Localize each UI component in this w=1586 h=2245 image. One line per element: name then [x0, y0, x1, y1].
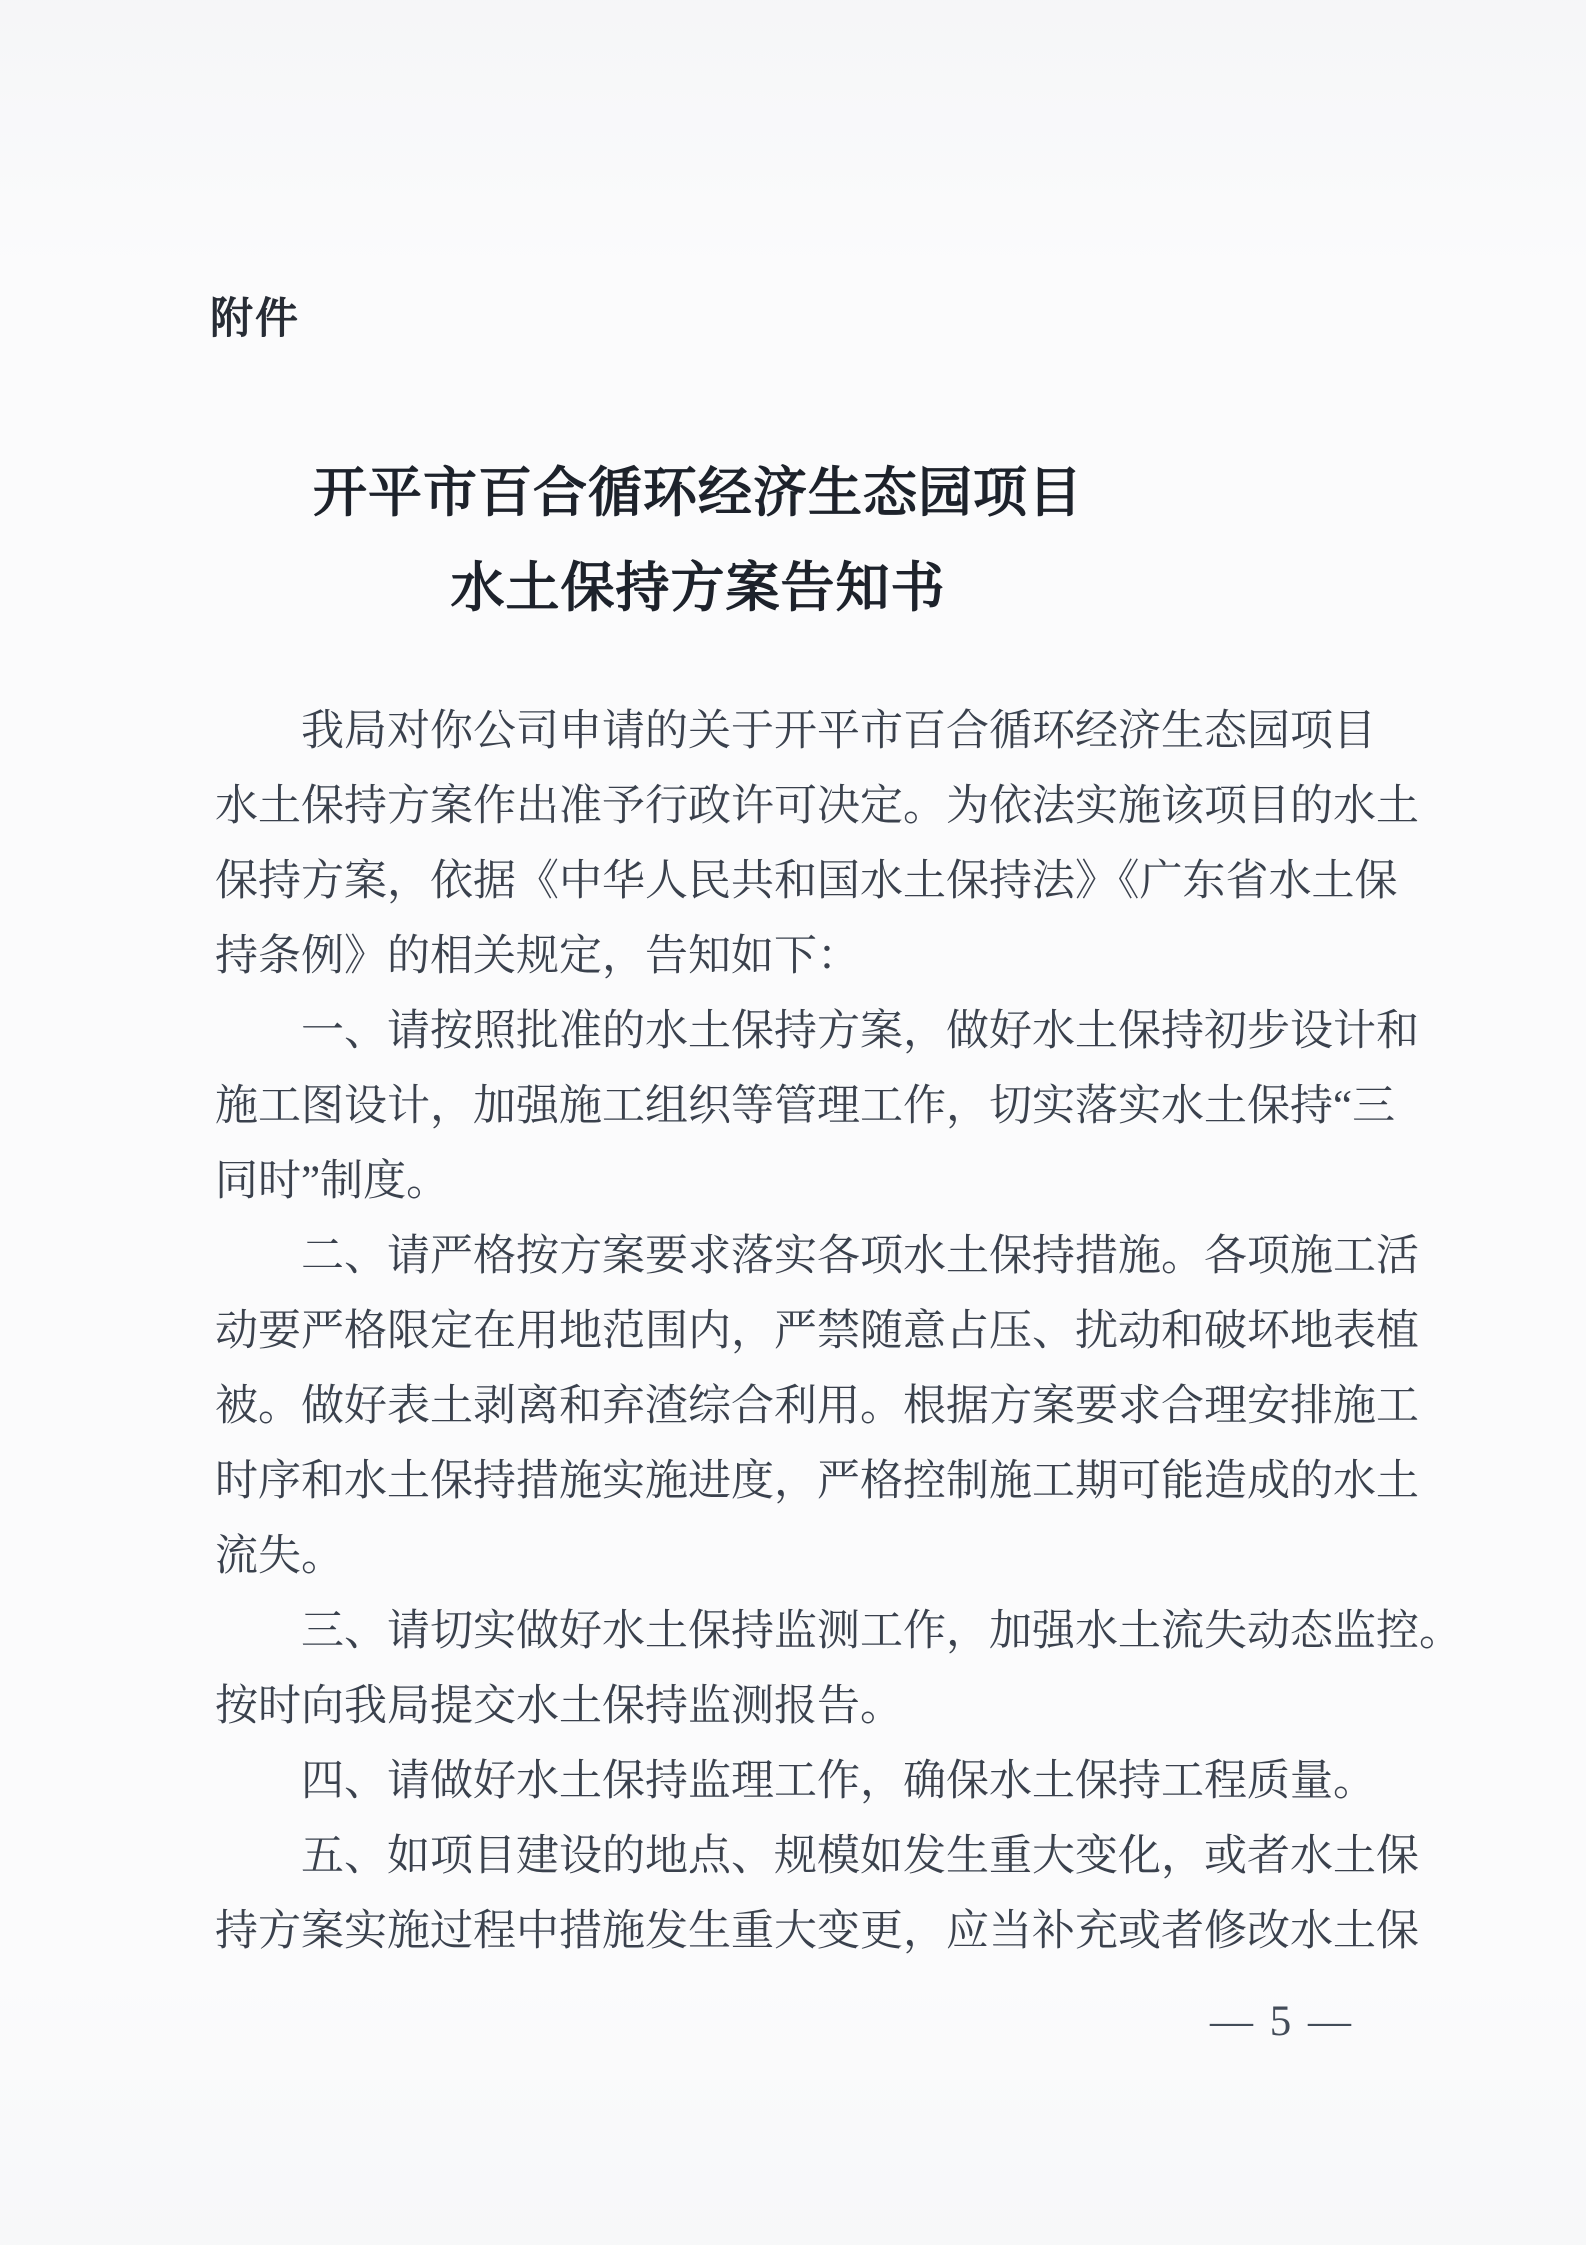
scanned-document-page: 附件 开平市百合循环经济生态园项目 水土保持方案告知书 我局对你公司申请的关于开… [0, 0, 1586, 2245]
body-line: 我局对你公司申请的关于开平市百合循环经济生态园项目 [215, 694, 1430, 769]
body-line: 按时向我局提交水土保持监测报告。 [215, 1669, 1430, 1744]
body-line: 动要严格限定在用地范围内，严禁随意占压、扰动和破坏地表植 [215, 1294, 1430, 1369]
body-line: 施工图设计，加强施工组织等管理工作，切实落实水土保持“三 [215, 1069, 1430, 1144]
document-title-line-1: 开平市百合循环经济生态园项目 [0, 446, 1396, 541]
attachment-label: 附件 [210, 293, 300, 345]
body-line: 四、请做好水土保持监理工作，确保水土保持工程质量。 [215, 1744, 1430, 1819]
body-line: 持方案实施过程中措施发生重大变更，应当补充或者修改水土保 [215, 1894, 1430, 1969]
body-line: 二、请严格按方案要求落实各项水土保持措施。各项施工活 [215, 1219, 1430, 1294]
body-line: 一、请按照批准的水土保持方案，做好水土保持初步设计和 [215, 994, 1430, 1069]
body-line: 五、如项目建设的地点、规模如发生重大变化，或者水土保 [215, 1819, 1430, 1894]
body-line: 被。做好表土剥离和弃渣综合利用。根据方案要求合理安排施工 [215, 1369, 1430, 1444]
document-title-line-2: 水土保持方案告知书 [0, 541, 1396, 636]
document-body: 我局对你公司申请的关于开平市百合循环经济生态园项目水土保持方案作出准予行政许可决… [215, 694, 1430, 1969]
body-line: 同时”制度。 [215, 1144, 1430, 1219]
body-line: 时序和水土保持措施实施进度，严格控制施工期可能造成的水土 [215, 1444, 1430, 1519]
page-number: — 5 — [1210, 1996, 1351, 2048]
body-line: 流失。 [215, 1519, 1430, 1594]
document-title: 开平市百合循环经济生态园项目 水土保持方案告知书 [0, 446, 1396, 636]
body-line: 保持方案，依据《中华人民共和国水土保持法》《广东省水土保 [215, 844, 1430, 919]
body-line: 水土保持方案作出准予行政许可决定。为依法实施该项目的水土 [215, 769, 1430, 844]
body-line: 三、请切实做好水土保持监测工作，加强水土流失动态监控。 [215, 1594, 1430, 1669]
body-line: 持条例》的相关规定，告知如下： [215, 919, 1430, 994]
